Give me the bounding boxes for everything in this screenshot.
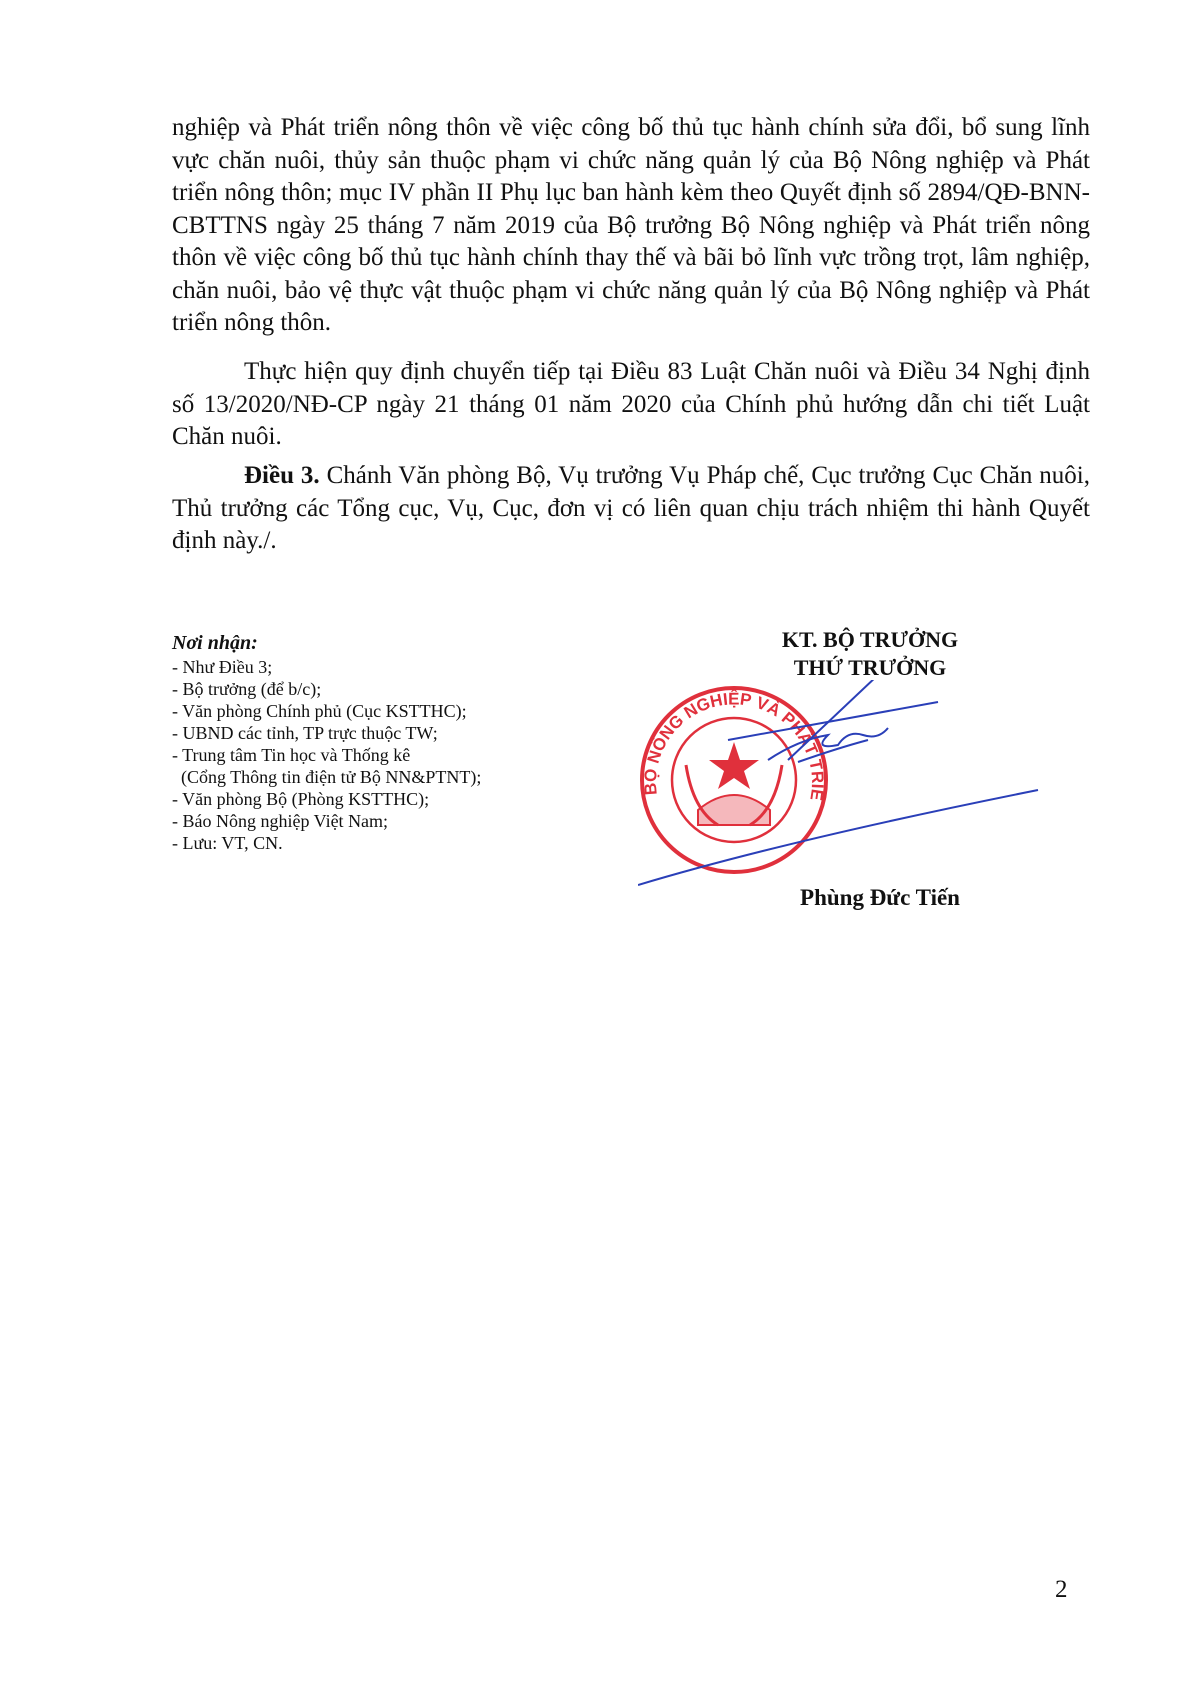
signature-title-block: KT. BỘ TRƯỞNG THỨ TRƯỞNG xyxy=(720,626,1020,682)
article-3-paragraph: Điều 3. Chánh Văn phòng Bộ, Vụ trưởng Vụ… xyxy=(172,460,1090,558)
article-3: Điều 3. Chánh Văn phòng Bộ, Vụ trưởng Vụ… xyxy=(172,460,1090,558)
recipient-item: - Văn phòng Chính phủ (Cục KSTTHC); xyxy=(172,700,481,722)
recipients-block: Nơi nhận: - Như Điều 3; - Bộ trưởng (để … xyxy=(172,632,481,854)
recipient-item: - Trung tâm Tin học và Thống kê xyxy=(172,744,481,766)
signature-ink-icon xyxy=(638,680,1038,885)
signer-name: Phùng Đức Tiến xyxy=(730,885,1030,911)
recipients-title: Nơi nhận: xyxy=(172,632,481,654)
seal-icon: BỘ NÔNG NGHIỆP VÀ PHÁT TRIỂN NÔNG THÔN xyxy=(638,680,827,872)
signature-title-line2: THỨ TRƯỞNG xyxy=(720,654,1020,682)
svg-text:BỘ NÔNG NGHIỆP VÀ PHÁT TRIỂN N: BỘ NÔNG NGHIỆP VÀ PHÁT TRIỂN NÔNG THÔN xyxy=(638,680,827,802)
paragraph-transition: Thực hiện quy định chuyển tiếp tại Điều … xyxy=(172,356,1090,454)
recipient-item: - Báo Nông nghiệp Việt Nam; xyxy=(172,810,481,832)
seal-text: BỘ NÔNG NGHIỆP VÀ PHÁT TRIỂN NÔNG THÔN xyxy=(638,680,827,802)
paragraph-1-text: nghiệp và Phát triển nông thôn về việc c… xyxy=(172,112,1090,340)
recipient-item: - Văn phòng Bộ (Phòng KSTTHC); xyxy=(172,788,481,810)
recipient-item: - Lưu: VT, CN. xyxy=(172,832,481,854)
page-number: 2 xyxy=(1055,1576,1068,1604)
recipient-item: - Như Điều 3; xyxy=(172,656,481,678)
recipient-item: - Bộ trưởng (để b/c); xyxy=(172,678,481,700)
official-seal-and-signature: BỘ NÔNG NGHIỆP VÀ PHÁT TRIỂN NÔNG THÔN xyxy=(638,680,1058,890)
recipient-item: (Cổng Thông tin điện tử Bộ NN&PTNT); xyxy=(172,766,481,788)
paragraph-continuation: nghiệp và Phát triển nông thôn về việc c… xyxy=(172,112,1090,340)
article-3-label: Điều 3. xyxy=(244,462,320,489)
paragraph-2-text: Thực hiện quy định chuyển tiếp tại Điều … xyxy=(172,356,1090,454)
signature-title-line1: KT. BỘ TRƯỞNG xyxy=(720,626,1020,654)
recipient-item: - UBND các tỉnh, TP trực thuộc TW; xyxy=(172,722,481,744)
